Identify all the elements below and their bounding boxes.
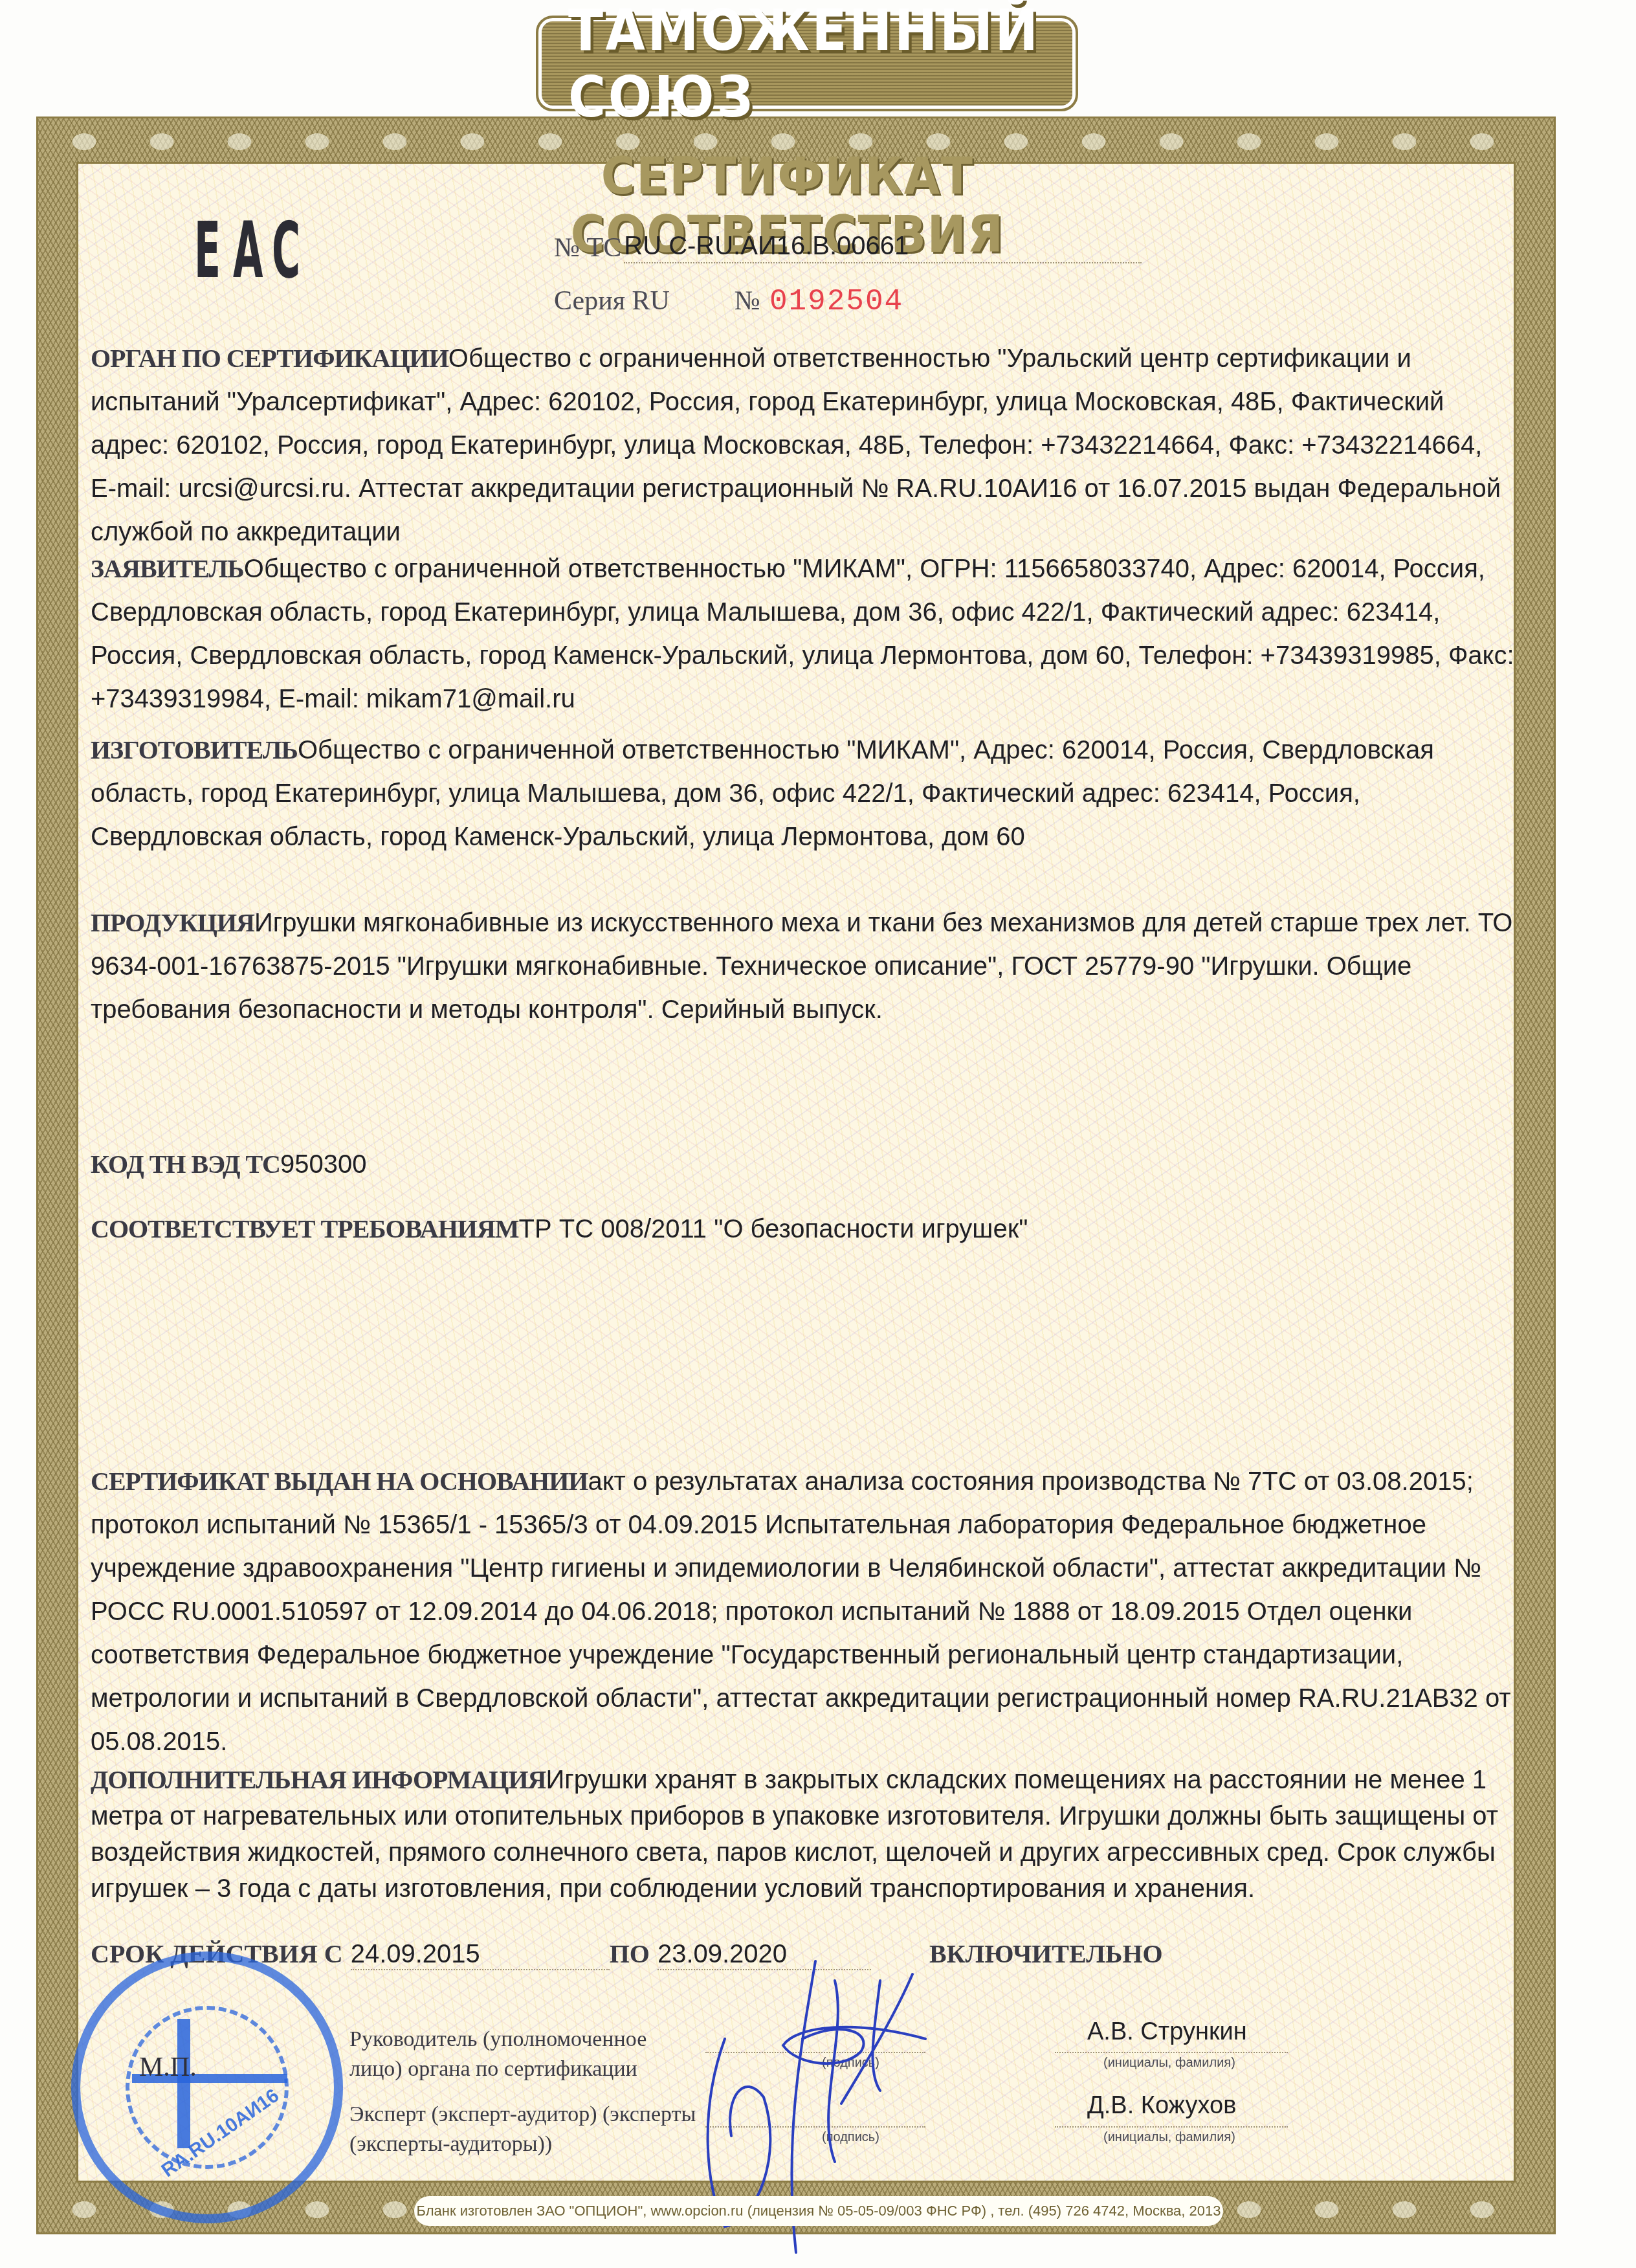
head-signatory-label: Руководитель (уполномоченное лицо) орган… [349, 2025, 699, 2084]
stamp-star-icon [177, 2019, 190, 2148]
validity-inclusive-label: ВКЛЮЧИТЕЛЬНО [929, 1939, 1163, 1969]
certificate-number: RU C-RU.АИ16.В.00661 [624, 232, 1142, 263]
section-text: Общество с ограниченной ответственностью… [91, 344, 1501, 546]
head-name: А.В. Стрункин [1087, 2018, 1247, 2046]
footer-plate: Бланк изготовлен ЗАО "ОПЦИОН", www.opcio… [414, 2196, 1223, 2226]
stamp-code: RA.RU.10АИ16 [158, 2085, 283, 2182]
section-label: ОРГАН ПО СЕРТИФИКАЦИИ [91, 344, 448, 373]
head-name-caption: (инициалы, фамилия) [1103, 2056, 1235, 2071]
section-issued-basis: СЕРТИФИКАТ ВЫДАН НА ОСНОВАНИИакт о резул… [91, 1460, 1514, 1764]
section-label: ДОПОЛНИТЕЛЬНАЯ ИНФОРМАЦИЯ [91, 1765, 546, 1794]
section-certification-body: ОРГАН ПО СЕРТИФИКАЦИИОбщество с ограниче… [91, 337, 1514, 554]
section-label: ИЗГОТОВИТЕЛЬ [91, 735, 298, 764]
seal-label: М.П. [139, 2052, 197, 2083]
section-additional-info: ДОПОЛНИТЕЛЬНАЯ ИНФОРМАЦИЯИгрушки хранят … [91, 1762, 1514, 1907]
section-label: ПРОДУКЦИЯ [91, 908, 254, 937]
section-text: Общество с ограниченной ответственностью… [91, 555, 1514, 713]
certificate-number-line: № ТС RU C-RU.АИ16.В.00661 [554, 232, 1142, 263]
section-manufacturer: ИЗГОТОВИТЕЛЬОбщество с ограниченной отве… [91, 728, 1514, 859]
section-hs-code: КОД ТН ВЭД ТС950300 [91, 1142, 1514, 1186]
section-complies-with: СООТВЕТСТВУЕТ ТРЕБОВАНИЯМТР ТС 008/2011 … [91, 1207, 1514, 1251]
section-label: СЕРТИФИКАТ ВЫДАН НА ОСНОВАНИИ [91, 1467, 588, 1496]
footer-imprint: Бланк изготовлен ЗАО "ОПЦИОН", www.opcio… [417, 2203, 1221, 2219]
certificate-sheet: ТАМОЖЕННЫЙ СОЮЗ СЕРТИФИКАТ СООТВЕТСТВИЯ … [0, 0, 1636, 2268]
seal-stamp: RA.RU.10АИ16 [71, 1951, 343, 2223]
section-text: ТР ТС 008/2011 "О безопасности игрушек" [519, 1215, 1028, 1243]
expert-name: Д.В. Кожухов [1087, 2092, 1236, 2120]
validity-line: СРОК ДЕЙСТВИЯ С 24.09.2015 ПО 23.09.2020… [91, 1939, 1482, 1970]
expert-name-caption: (инициалы, фамилия) [1103, 2130, 1235, 2145]
validity-to-label: ПО [610, 1939, 650, 1969]
expert-signature-caption: (подпись) [822, 2130, 879, 2145]
section-text: 950300 [280, 1150, 366, 1179]
expert-name-line [1055, 2126, 1288, 2128]
section-label: СООТВЕТСТВУЕТ ТРЕБОВАНИЯМ [91, 1214, 519, 1243]
eac-mark-icon: Е А С [194, 214, 298, 288]
section-label: КОД ТН ВЭД ТС [91, 1150, 280, 1179]
section-text: акт о результатах анализа состояния прои… [91, 1467, 1511, 1756]
series-label: Серия RU [554, 285, 670, 317]
section-product: ПРОДУКЦИЯИгрушки мягконабивные из искусс… [91, 901, 1514, 1032]
head-signature-line [705, 2052, 925, 2053]
head-name-line [1055, 2052, 1288, 2053]
series-number-label: № [735, 285, 760, 317]
validity-to-date: 23.09.2020 [658, 1940, 871, 1970]
head-signature-caption: (подпись) [822, 2056, 879, 2071]
expert-signature-line [705, 2126, 925, 2128]
section-applicant: ЗАЯВИТЕЛЬОбщество с ограниченной ответст… [91, 547, 1514, 721]
series-number: 0192504 [769, 285, 903, 318]
validity-from-date: 24.09.2015 [351, 1940, 610, 1970]
section-label: ЗАЯВИТЕЛЬ [91, 554, 244, 583]
customs-union-plate: ТАМОЖЕННЫЙ СОЮЗ [538, 18, 1076, 109]
expert-signatory-label: Эксперт (эксперт-аудитор) (эксперты (экс… [349, 2100, 699, 2159]
section-text: Игрушки мягконабивные из искусственного … [91, 909, 1512, 1024]
customs-union-label: ТАМОЖЕННЫЙ СОЮЗ [568, 0, 1046, 130]
certificate-number-label: № ТС [554, 232, 621, 263]
series-line: Серия RU № 0192504 [554, 285, 903, 318]
